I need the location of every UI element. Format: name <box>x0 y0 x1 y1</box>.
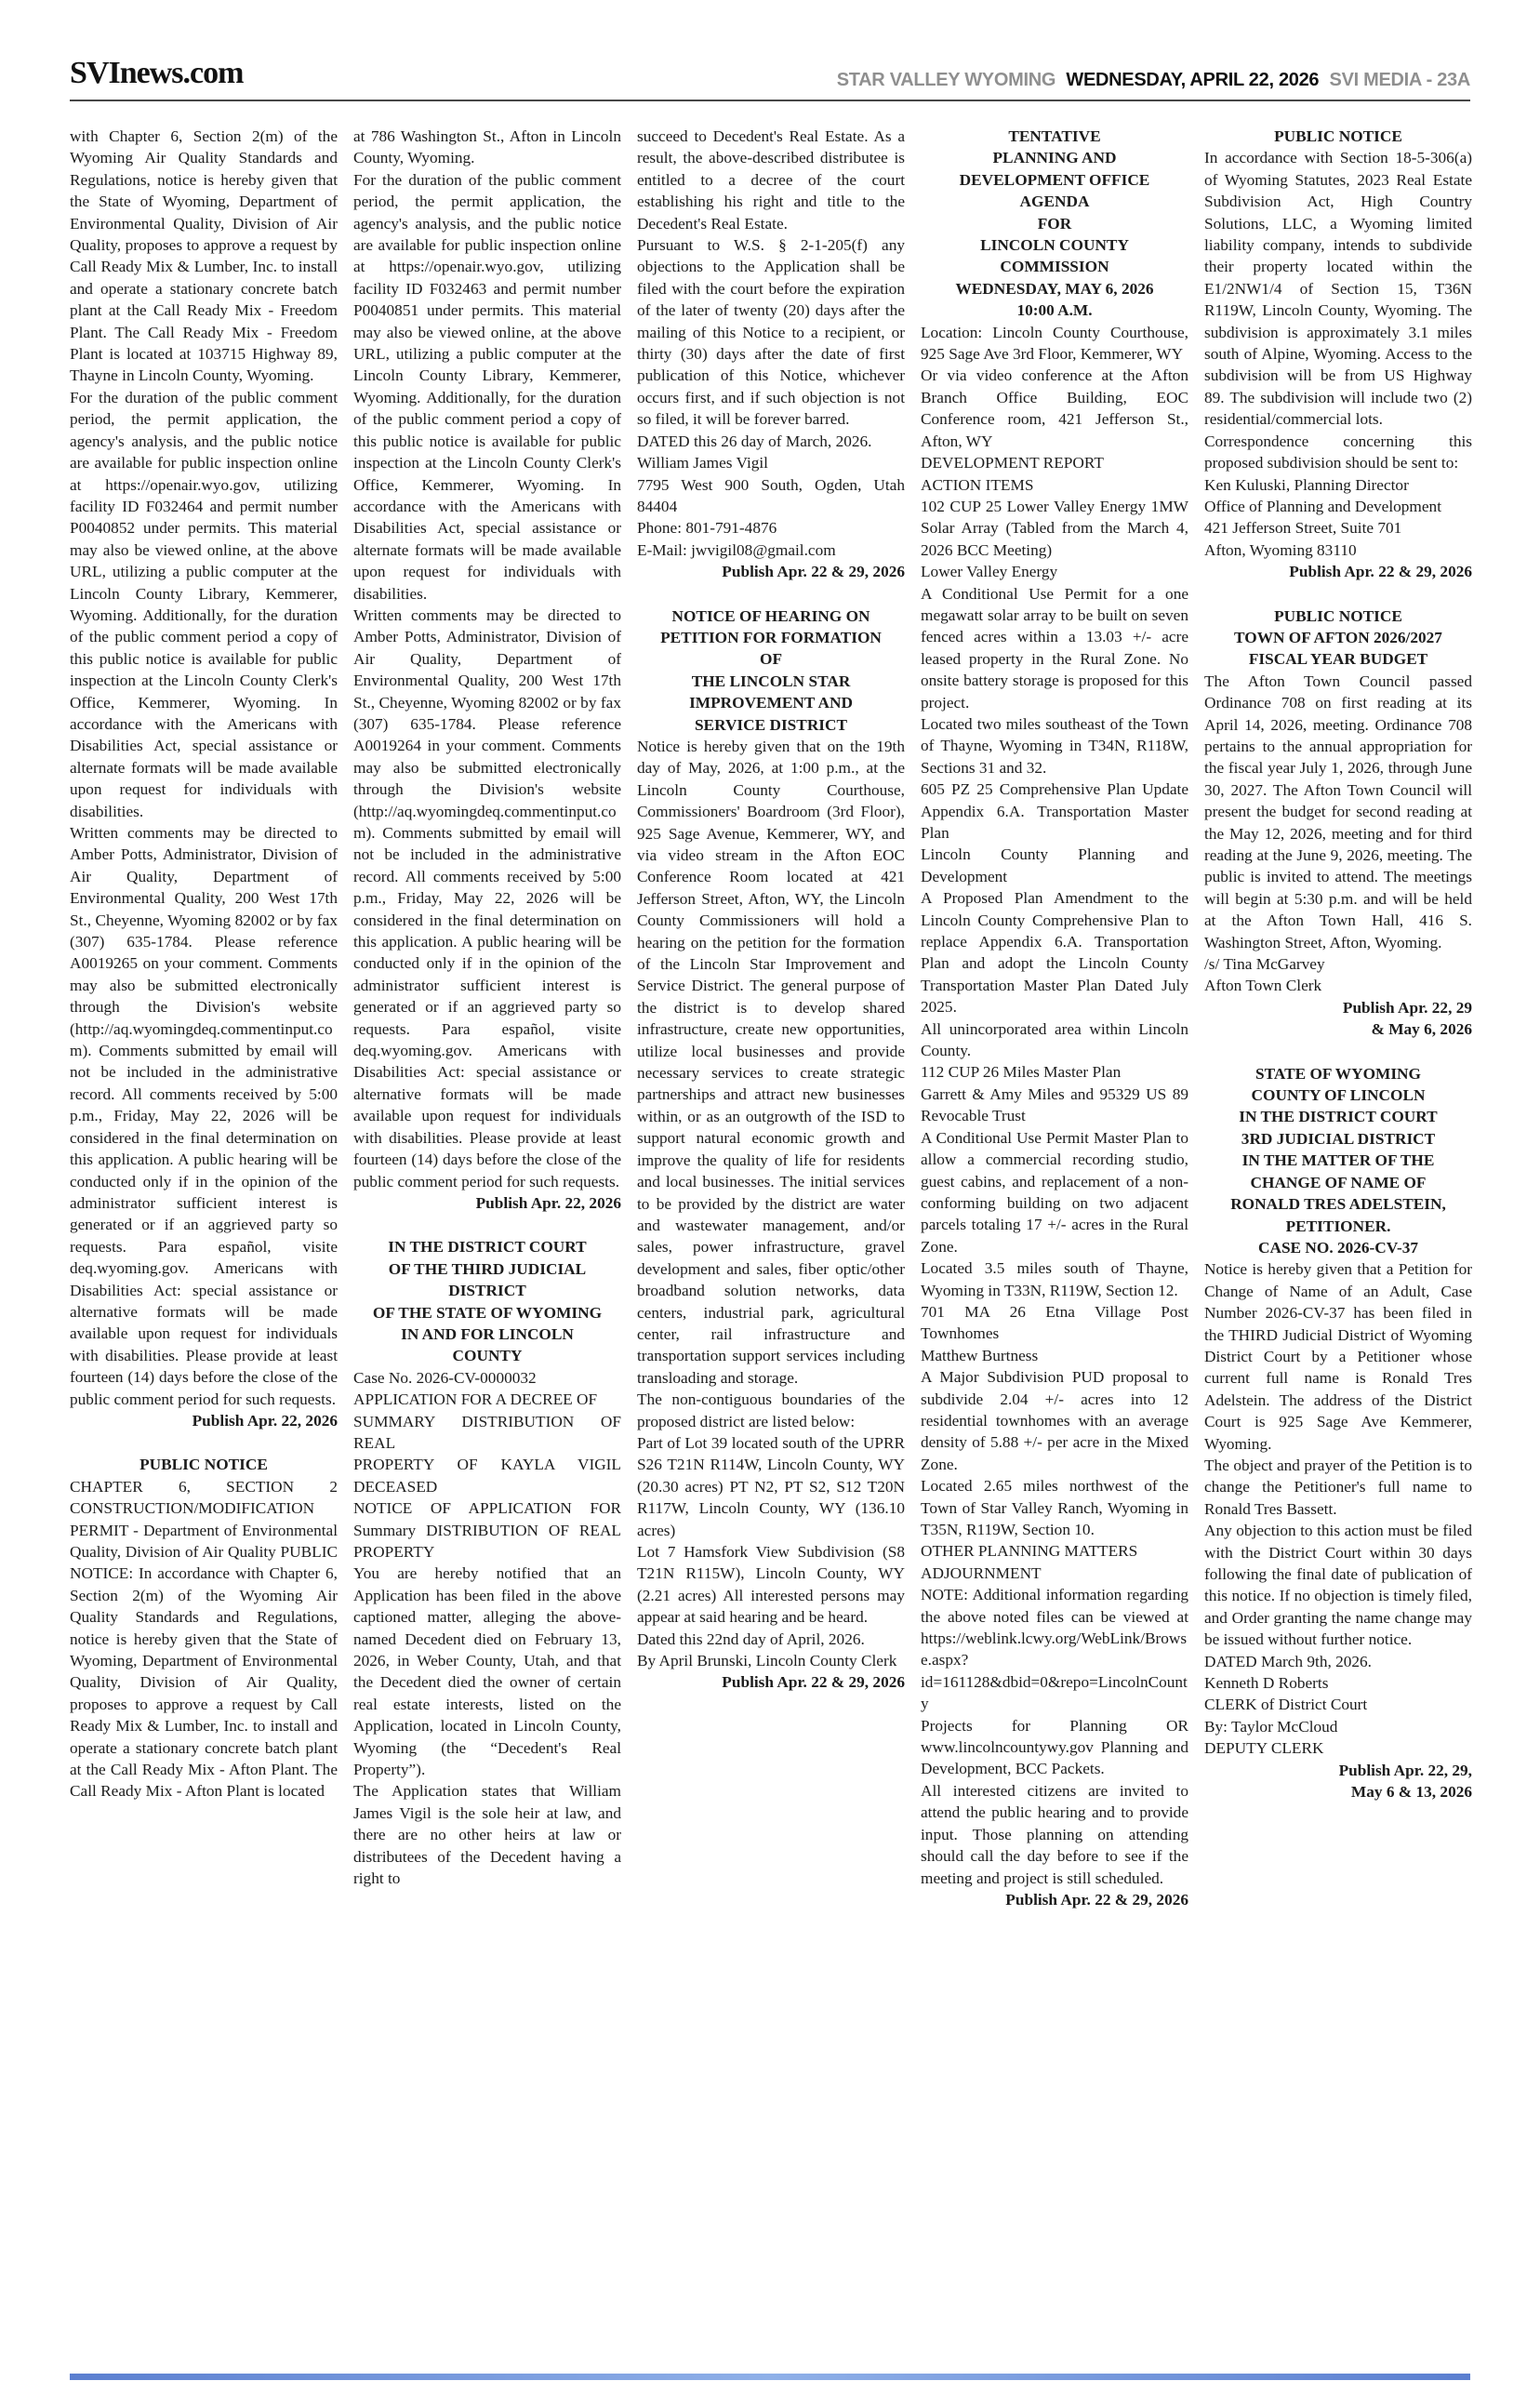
notice-paragraph: A Conditional Use Permit for a one megaw… <box>921 583 1188 713</box>
notice-paragraph: Dated this 22nd day of April, 2026. <box>637 1629 905 1650</box>
notice-paragraph: DATED this 26 day of March, 2026. <box>637 431 905 452</box>
notice-paragraph: William James Vigil <box>637 452 905 473</box>
notice-column: TENTATIVE PLANNING AND DEVELOPMENT OFFIC… <box>921 126 1188 1910</box>
notice-paragraph: You are hereby notified that an Applicat… <box>353 1563 621 1780</box>
notice-paragraph: Phone: 801-791-4876 <box>637 517 905 539</box>
publish-line: Publish Apr. 22 & 29, 2026 <box>637 1671 905 1693</box>
masthead-info: STAR VALLEY WYOMING WEDNESDAY, APRIL 22,… <box>837 70 1470 91</box>
notice-paragraph: For the duration of the public comment p… <box>353 169 621 605</box>
notice-paragraph: with Chapter 6, Section 2(m) of the Wyom… <box>70 126 338 387</box>
notice-paragraph: Projects for Planning OR www.lincolncoun… <box>921 1715 1188 1780</box>
notice-paragraph: SUMMARY DISTRIBUTION OF REAL <box>353 1411 621 1455</box>
legal-notices-columns: with Chapter 6, Section 2(m) of the Wyom… <box>70 126 1470 1910</box>
notice-paragraph: /s/ Tina McGarvey <box>1204 953 1472 975</box>
notice-paragraph: Located 2.65 miles northwest of the Town… <box>921 1475 1188 1540</box>
masthead-logo: SVInews.com <box>70 56 243 91</box>
notice-heading: TENTATIVE PLANNING AND DEVELOPMENT OFFIC… <box>921 126 1188 322</box>
notice-paragraph: Written comments may be directed to Ambe… <box>70 822 338 1410</box>
notice-paragraph: Part of Lot 39 located south of the UPRR… <box>637 1432 905 1541</box>
notice-paragraph: The non-contiguous boundaries of the pro… <box>637 1389 905 1432</box>
notice-paragraph: All interested citizens are invited to a… <box>921 1780 1188 1889</box>
notice-column: with Chapter 6, Section 2(m) of the Wyom… <box>70 126 338 1910</box>
notice-paragraph: Lower Valley Energy <box>921 561 1188 582</box>
notice-paragraph: CHAPTER 6, SECTION 2 CONSTRUCTION/MODIFI… <box>70 1476 338 1802</box>
notice-paragraph: Lincoln County Planning and Development <box>921 844 1188 887</box>
notice-paragraph: Notice is hereby given that a Petition f… <box>1204 1258 1472 1455</box>
notice-paragraph: The Afton Town Council passed Ordinance … <box>1204 671 1472 953</box>
notice-paragraph: Afton Town Clerk <box>1204 975 1472 996</box>
notice-paragraph: DEVELOPMENT REPORT <box>921 452 1188 473</box>
notice-heading: PUBLIC NOTICE TOWN OF AFTON 2026/2027 FI… <box>1204 605 1472 671</box>
notice-paragraph: The object and prayer of the Petition is… <box>1204 1455 1472 1520</box>
notice-paragraph: Located two miles southeast of the Town … <box>921 713 1188 778</box>
notice-paragraph: Afton, Wyoming 83110 <box>1204 539 1472 561</box>
publish-line: Publish Apr. 22, 2026 <box>70 1410 338 1431</box>
masthead-location: STAR VALLEY WYOMING <box>837 70 1055 90</box>
masthead: SVInews.com STAR VALLEY WYOMING WEDNESDA… <box>70 0 1470 91</box>
notice-paragraph: Location: Lincoln County Courthouse, 925… <box>921 322 1188 366</box>
notice-paragraph: 112 CUP 26 Miles Master Plan <box>921 1061 1188 1083</box>
notice-paragraph: A Major Subdivision PUD proposal to subd… <box>921 1366 1188 1475</box>
notice-heading: STATE OF WYOMING COUNTY OF LINCOLN IN TH… <box>1204 1063 1472 1259</box>
notice-paragraph: 605 PZ 25 Comprehensive Plan Update Appe… <box>921 778 1188 844</box>
notice-paragraph: succeed to Decedent's Real Estate. As a … <box>637 126 905 234</box>
notice-paragraph: DATED March 9th, 2026. <box>1204 1651 1472 1672</box>
notice-paragraph: Kenneth D Roberts <box>1204 1672 1472 1694</box>
notice-column: PUBLIC NOTICEIn accordance with Section … <box>1204 126 1472 1910</box>
notice-paragraph: ACTION ITEMS <box>921 474 1188 496</box>
notice-paragraph: Located 3.5 miles south of Thayne, Wyomi… <box>921 1257 1188 1301</box>
notice-paragraph: APPLICATION FOR A DECREE OF <box>353 1389 621 1410</box>
notice-paragraph: A Conditional Use Permit Master Plan to … <box>921 1127 1188 1257</box>
notice-heading: PUBLIC NOTICE <box>70 1454 338 1475</box>
publish-line: Publish Apr. 22 & 29, 2026 <box>1204 561 1472 582</box>
notice-paragraph: at 786 Washington St., Afton in Lincoln … <box>353 126 621 169</box>
notice-paragraph: Matthew Burtness <box>921 1345 1188 1366</box>
notice-paragraph: OTHER PLANNING MATTERS <box>921 1540 1188 1562</box>
masthead-date: WEDNESDAY, APRIL 22, 2026 <box>1066 70 1319 90</box>
notice-paragraph: Case No. 2026-CV-0000032 <box>353 1367 621 1389</box>
publish-line: Publish Apr. 22, 2026 <box>353 1192 621 1214</box>
notice-paragraph: 7795 West 900 South, Ogden, Utah 84404 <box>637 474 905 518</box>
notice-paragraph: A Proposed Plan Amendment to the Lincoln… <box>921 887 1188 1018</box>
notice-paragraph: Or via video conference at the Afton Bra… <box>921 365 1188 452</box>
notice-paragraph: NOTICE OF APPLICATION FOR Summary DISTRI… <box>353 1497 621 1563</box>
notice-paragraph: For the duration of the public comment p… <box>70 387 338 822</box>
notice-column: at 786 Washington St., Afton in Lincoln … <box>353 126 621 1910</box>
notice-paragraph: In accordance with Section 18-5-306(a) o… <box>1204 147 1472 430</box>
notice-paragraph: NOTE: Additional information regarding t… <box>921 1584 1188 1714</box>
notice-paragraph: 701 MA 26 Etna Village Post Townhomes <box>921 1301 1188 1345</box>
notice-paragraph: Lot 7 Hamsfork View Subdivision (S8 T21N… <box>637 1541 905 1629</box>
footer-accent-bar <box>70 2374 1470 2380</box>
publish-line: Publish Apr. 22 & 29, 2026 <box>637 561 905 582</box>
notice-paragraph: The Application states that William Jame… <box>353 1780 621 1889</box>
publish-line: Publish Apr. 22 & 29, 2026 <box>921 1889 1188 1910</box>
notice-heading: NOTICE OF HEARING ON PETITION FOR FORMAT… <box>637 605 905 736</box>
notice-paragraph: By: Taylor McCloud <box>1204 1716 1472 1737</box>
notice-paragraph: DEPUTY CLERK <box>1204 1737 1472 1759</box>
notice-paragraph: Pursuant to W.S. § 2-1-205(f) any object… <box>637 234 905 431</box>
header-rule <box>70 100 1470 101</box>
masthead-edition: SVI MEDIA - 23A <box>1330 70 1470 90</box>
notice-paragraph: Office of Planning and Development <box>1204 496 1472 517</box>
notice-paragraph: Any objection to this action must be fil… <box>1204 1520 1472 1650</box>
newspaper-page: SVInews.com STAR VALLEY WYOMING WEDNESDA… <box>0 0 1540 2381</box>
publish-line: Publish Apr. 22, 29 & May 6, 2026 <box>1204 997 1472 1041</box>
notice-paragraph: Garrett & Amy Miles and 95329 US 89 Revo… <box>921 1084 1188 1127</box>
notice-paragraph: ADJOURNMENT <box>921 1563 1188 1584</box>
publish-line: Publish Apr. 22, 29, May 6 & 13, 2026 <box>1204 1760 1472 1803</box>
notice-heading: PUBLIC NOTICE <box>1204 126 1472 147</box>
notice-paragraph: Ken Kuluski, Planning Director <box>1204 474 1472 496</box>
notice-paragraph: 102 CUP 25 Lower Valley Energy 1MW Solar… <box>921 496 1188 561</box>
notice-paragraph: Written comments may be directed to Ambe… <box>353 605 621 1192</box>
notice-paragraph: All unincorporated area within Lincoln C… <box>921 1018 1188 1062</box>
notice-paragraph: 421 Jefferson Street, Suite 701 <box>1204 517 1472 539</box>
notice-paragraph: CLERK of District Court <box>1204 1694 1472 1715</box>
notice-paragraph: E-Mail: jwvigil08@gmail.com <box>637 539 905 561</box>
notice-paragraph: Notice is hereby given that on the 19th … <box>637 736 905 1389</box>
notice-column: succeed to Decedent's Real Estate. As a … <box>637 126 905 1910</box>
notice-paragraph: By April Brunski, Lincoln County Clerk <box>637 1650 905 1671</box>
notice-paragraph: Correspondence concerning this proposed … <box>1204 431 1472 474</box>
notice-heading: IN THE DISTRICT COURT OF THE THIRD JUDIC… <box>353 1236 621 1366</box>
notice-paragraph: PROPERTY OF KAYLA VIGIL DECEASED <box>353 1454 621 1497</box>
